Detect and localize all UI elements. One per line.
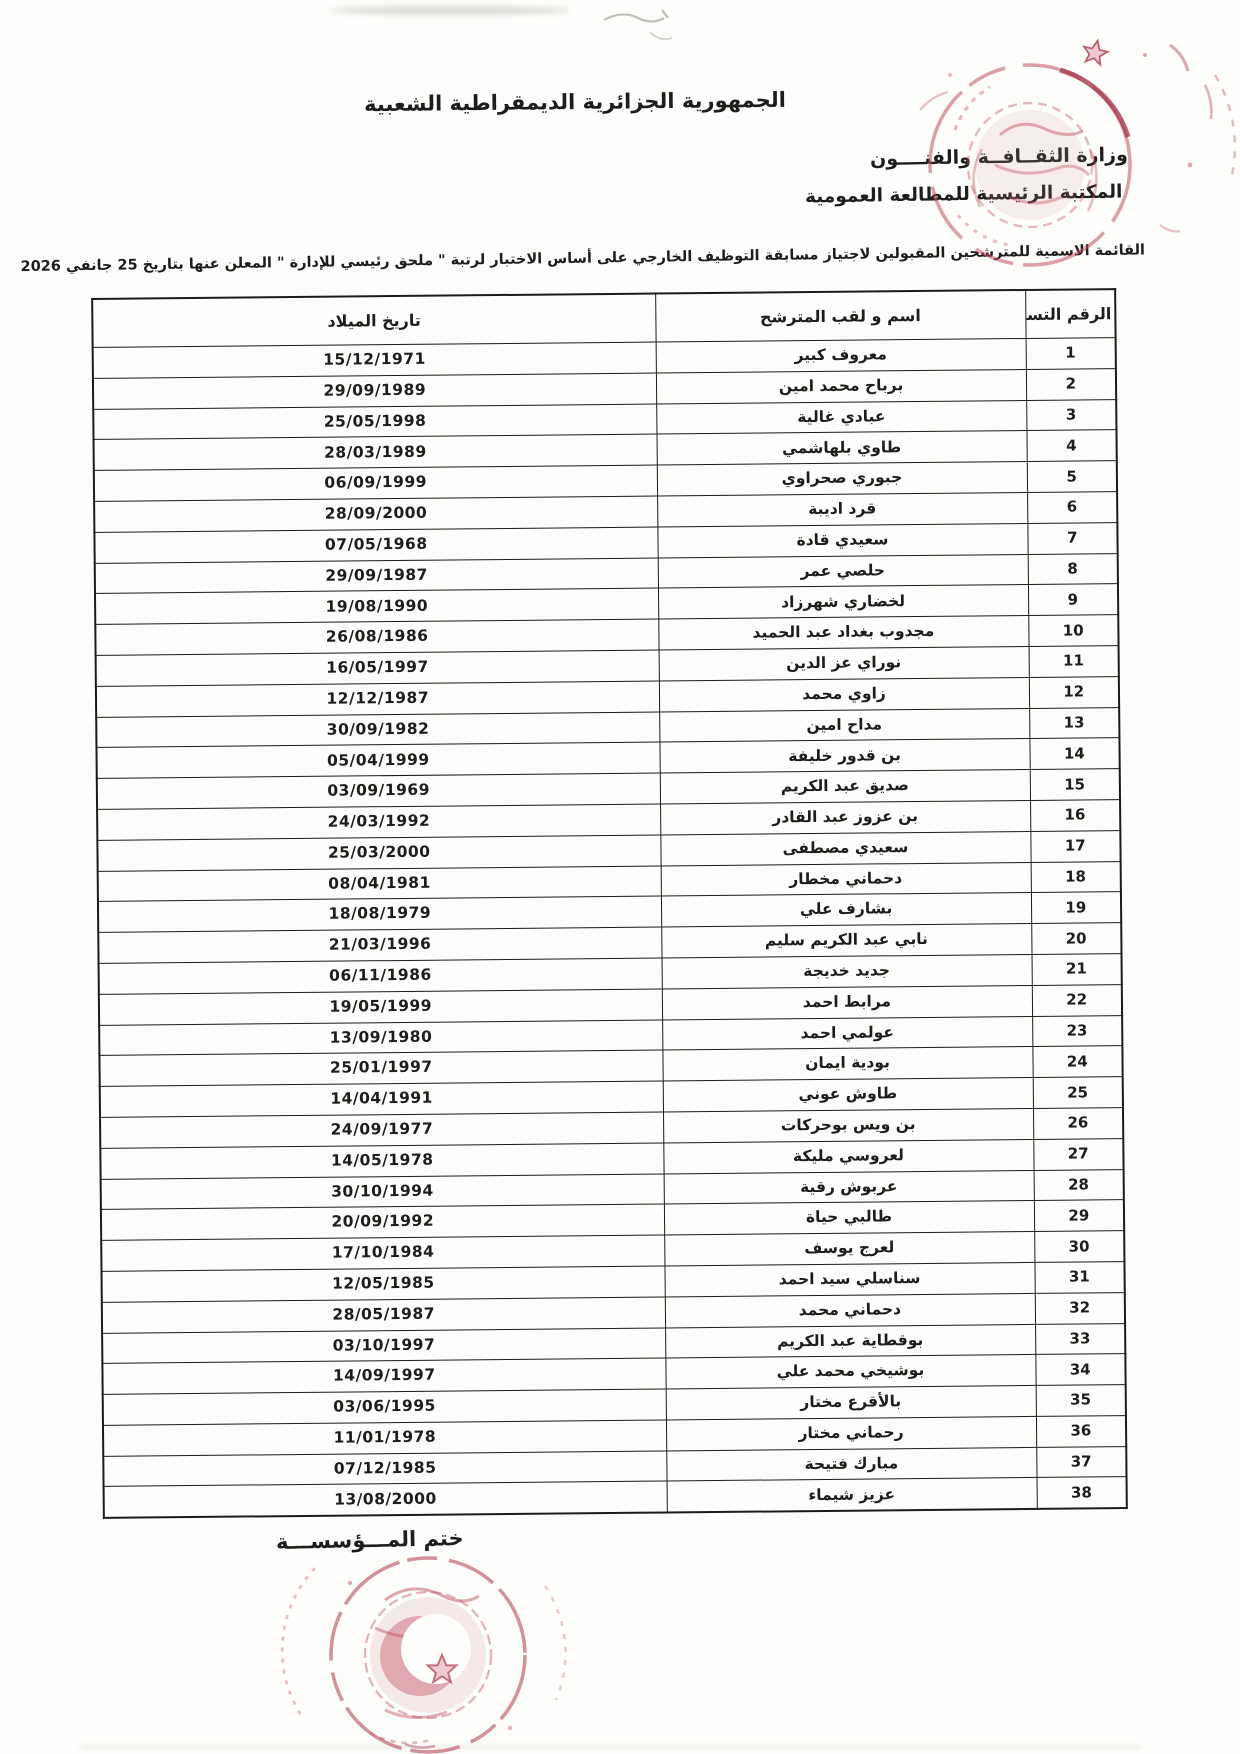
cell-name: لعرج يوسف (664, 1232, 1034, 1266)
official-stamp-top-icon (860, 15, 1240, 300)
cell-serial: 21 (1032, 954, 1122, 986)
cell-birthdate: 13/08/2000 (104, 1481, 667, 1518)
candidates-table: الرقم التسلسلي اسم و لقب المترشح تاريخ ا… (91, 288, 1128, 1519)
scan-smudge-bottom (80, 1745, 1140, 1749)
cell-name: نابي عبد الكريم سليم (661, 924, 1031, 958)
cell-name: مرابط احمد (662, 985, 1032, 1019)
cell-name: طاوي بلهاشمي (656, 431, 1026, 465)
cell-name: عولمي احمد (662, 1016, 1032, 1050)
cell-name: صديق عبد الكريم (660, 770, 1030, 804)
cell-serial: 25 (1033, 1077, 1123, 1109)
cell-serial: 36 (1036, 1415, 1126, 1447)
cell-name: رحماني مختار (666, 1416, 1036, 1450)
scan-pen-mark (592, 6, 702, 54)
header-birthdate: تاريخ الميلاد (92, 294, 655, 348)
cell-name: عربوش رقية (664, 1170, 1034, 1204)
cell-serial: 23 (1032, 1015, 1122, 1047)
republic-title: الجمهورية الجزائرية الديمقراطية الشعبية (360, 88, 790, 117)
cell-name: برباح محمد امين (656, 369, 1026, 403)
cell-serial: 33 (1035, 1323, 1125, 1355)
cell-name: بشارف علي (661, 893, 1031, 927)
scanned-document-page: الجمهورية الجزائرية الديمقراطية الشعبية … (0, 0, 1240, 1754)
cell-serial: 1 (1026, 338, 1116, 370)
cell-name: بالأقرع مختار (666, 1386, 1036, 1420)
cell-name: بن قدور خليفة (659, 739, 1029, 773)
cell-serial: 24 (1032, 1046, 1122, 1078)
cell-serial: 4 (1026, 430, 1116, 462)
cell-name: سناسلي سيد احمد (664, 1262, 1034, 1296)
cell-name: زاوي محمد (659, 677, 1029, 711)
cell-serial: 19 (1031, 892, 1121, 924)
cell-name: نوراي عز الدين (659, 646, 1029, 680)
cell-serial: 6 (1027, 492, 1117, 524)
cell-name: دحماني محمد (665, 1293, 1035, 1327)
cell-name: سعيدي قادة (657, 523, 1027, 557)
cell-serial: 34 (1035, 1354, 1125, 1386)
cell-serial: 35 (1036, 1385, 1126, 1417)
cell-serial: 3 (1026, 399, 1116, 431)
cell-serial: 10 (1028, 615, 1118, 647)
scan-smudge-top (330, 6, 570, 15)
cell-name: لعروسي مليكة (663, 1139, 1033, 1173)
cell-serial: 38 (1037, 1477, 1127, 1509)
cell-serial: 22 (1032, 984, 1122, 1016)
cell-serial: 9 (1028, 584, 1118, 616)
cell-name: عبادي غالية (656, 400, 1026, 434)
cell-serial: 16 (1030, 800, 1120, 832)
cell-serial: 28 (1034, 1169, 1124, 1201)
cell-name: بوقطاية عبد الكريم (665, 1324, 1035, 1358)
cell-serial: 15 (1030, 769, 1120, 801)
candidates-table-body: 1معروف كبير15/12/19712برباح محمد امين29/… (93, 338, 1127, 1519)
cell-name: طالبي حياة (664, 1201, 1034, 1235)
cell-serial: 17 (1030, 830, 1120, 862)
cell-serial: 27 (1033, 1138, 1123, 1170)
official-stamp-bottom-icon (255, 1528, 605, 1754)
cell-serial: 32 (1035, 1292, 1125, 1324)
cell-serial: 11 (1029, 646, 1119, 678)
cell-serial: 14 (1029, 738, 1119, 770)
cell-name: بودية ايمان (662, 1047, 1032, 1081)
cell-name: بن عزوز عبد القادر (660, 800, 1030, 834)
cell-serial: 26 (1033, 1108, 1123, 1140)
cell-name: لخضاري شهرزاد (658, 585, 1028, 619)
cell-name: طاوش عوني (663, 1078, 1033, 1112)
cell-name: جديد خديجة (662, 954, 1032, 988)
cell-serial: 18 (1031, 861, 1121, 893)
cell-serial: 12 (1029, 676, 1119, 708)
cell-name: قرد اديبة (657, 492, 1027, 526)
cell-name: دحماني مخطار (661, 862, 1031, 896)
cell-name: سعيدي مصطفى (660, 831, 1030, 865)
cell-serial: 29 (1034, 1200, 1124, 1232)
cell-name: حلصي عمر (658, 554, 1028, 588)
cell-name: بن ويس بوحركات (663, 1108, 1033, 1142)
cell-serial: 30 (1034, 1231, 1124, 1263)
cell-name: عزيز شيماء (667, 1478, 1037, 1513)
cell-name: مداح امين (659, 708, 1029, 742)
cell-name: بوشيخي محمد علي (665, 1355, 1035, 1389)
cell-serial: 8 (1028, 553, 1118, 585)
cell-name: مبارك فتيحة (666, 1447, 1036, 1481)
cell-name: معروف كبير (656, 338, 1026, 372)
cell-serial: 37 (1036, 1446, 1126, 1478)
cell-serial: 31 (1034, 1261, 1124, 1293)
cell-serial: 7 (1027, 522, 1117, 554)
cell-serial: 13 (1029, 707, 1119, 739)
cell-name: جبوري صحراوي (657, 462, 1027, 496)
cell-serial: 2 (1026, 368, 1116, 400)
cell-name: مجدوب بغداد عبد الحميد (658, 616, 1028, 650)
cell-serial: 20 (1031, 923, 1121, 955)
cell-serial: 5 (1027, 461, 1117, 493)
